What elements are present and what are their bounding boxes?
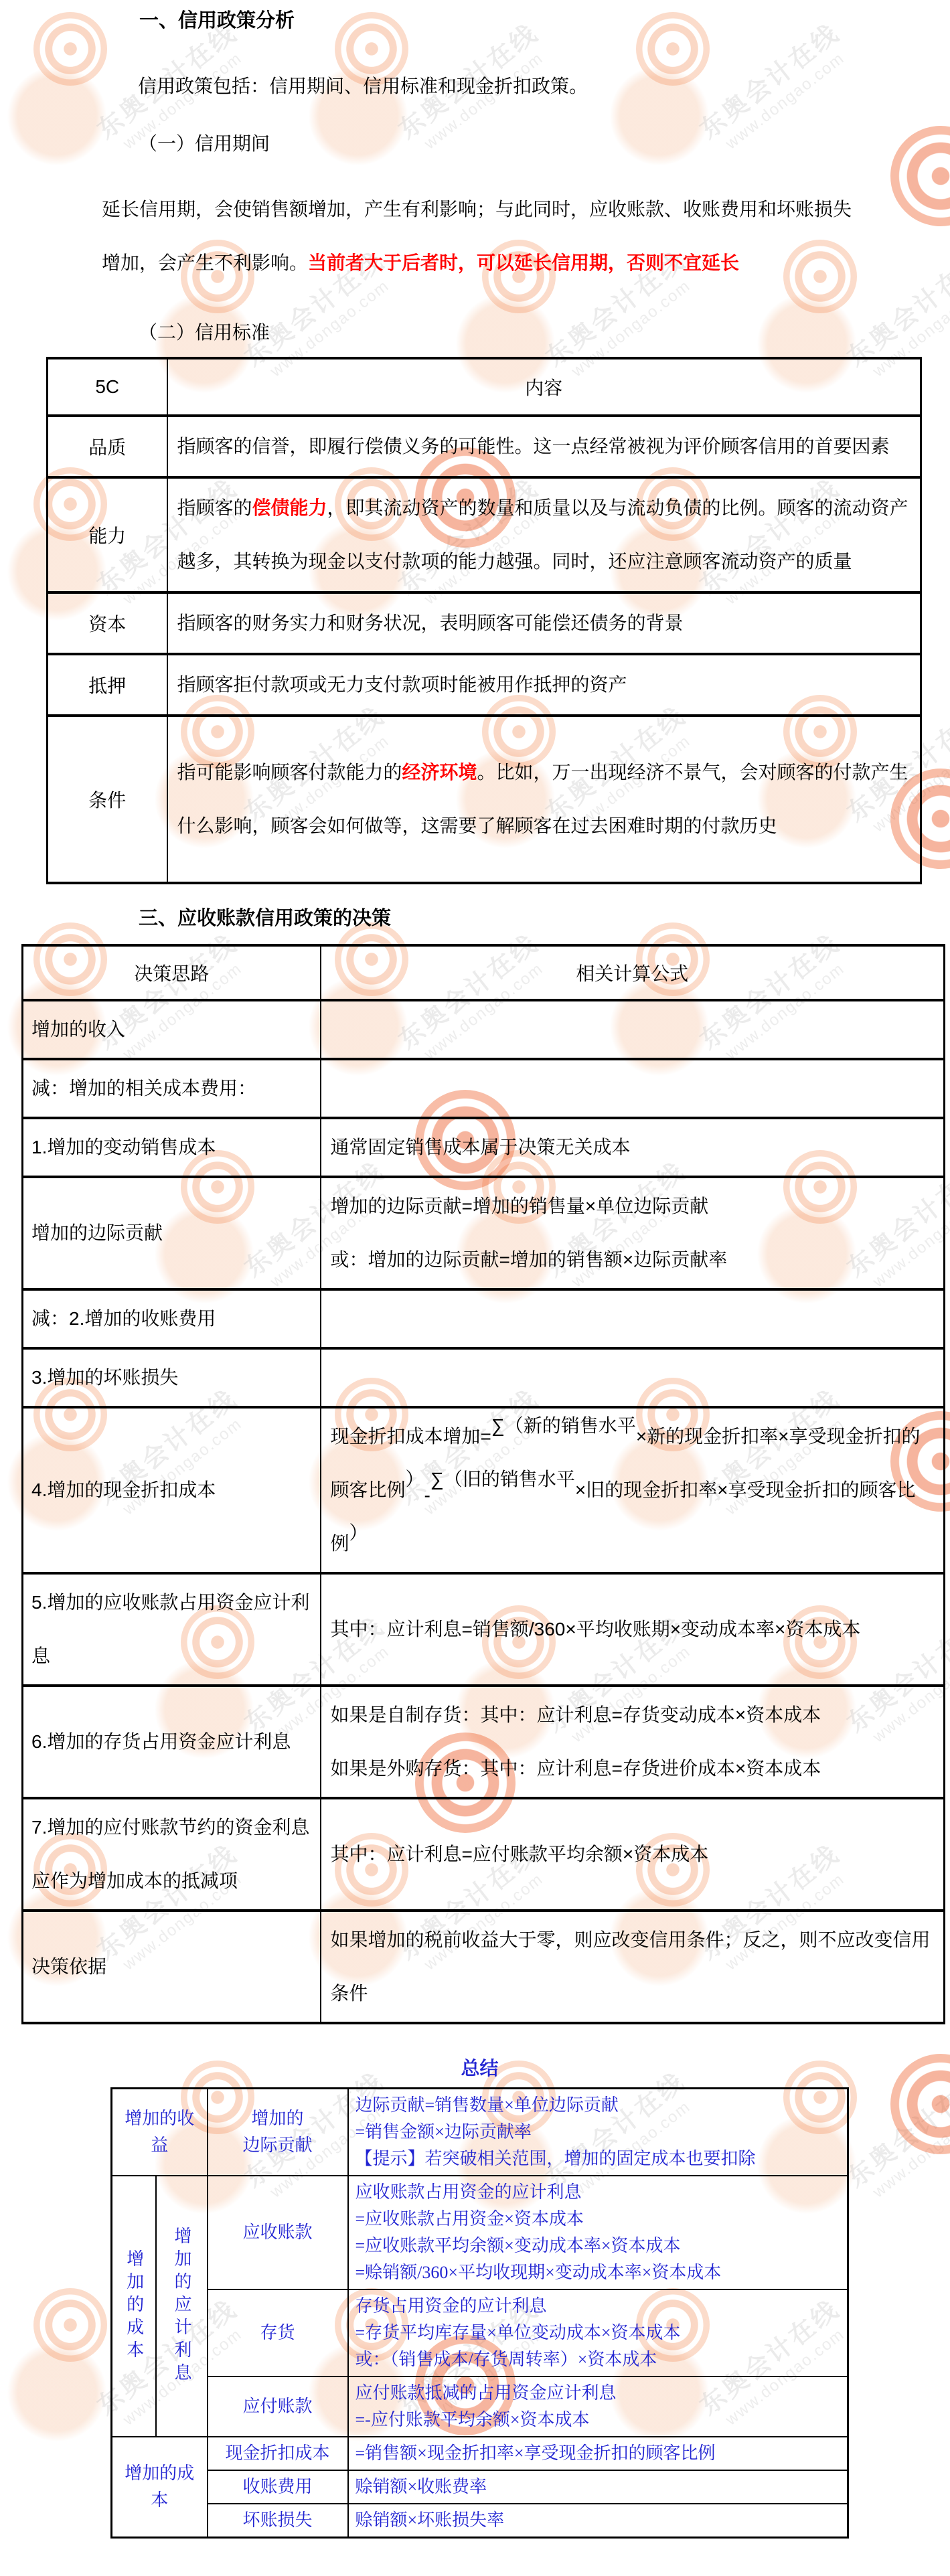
formula-cell-bad-debt-loss: 赊销额×坏账损失率 bbox=[348, 2504, 848, 2538]
text-line: =应收账款平均余额×变动成本率×资本成本 bbox=[355, 2233, 844, 2259]
text-fragment: ∑（新的销售水平 bbox=[491, 1415, 636, 1436]
criterion-content-cell: 指顾客拒付款项或无力支付款项时能被用作抵押的资产 bbox=[167, 654, 921, 716]
table-header-row: 5C 内容 bbox=[48, 358, 921, 416]
summary-row-accounts-receivable: 增加的成本 增加的应计利息 应收账款 应收账款占用资金的应计利息=应收账款占用资… bbox=[112, 2176, 848, 2289]
item-cell-bad-debt-loss: 坏账损失 bbox=[208, 2504, 348, 2538]
decision-item-cell: 增加的边际贡献 bbox=[23, 1177, 321, 1289]
table-row: 减：增加的相关成本费用： bbox=[23, 1059, 945, 1118]
formula-line: 增加的边际贡献=增加的销售量×单位边际贡献 bbox=[331, 1180, 935, 1233]
text-line: 存货 bbox=[212, 2320, 343, 2346]
item-cell-inventory: 存货 bbox=[208, 2289, 348, 2377]
formula-cell-marginal-contribution: 边际贡献=销售数量×单位边际贡献=销售金额×边际贡献率【提示】若突破相关范围，增… bbox=[348, 2089, 848, 2176]
decision-item-cell: 减：增加的相关成本费用： bbox=[23, 1059, 321, 1118]
decision-item-cell: 4.增加的现金折扣成本 bbox=[23, 1407, 321, 1573]
credit-standard-5c-table: 5C 内容 品质指顾客的信誉，即履行偿债义务的可能性。这一点经常被视为评价顾客信… bbox=[46, 357, 922, 884]
text-fragment: 其中：应计利息=应付账款平均余额×资本成本 bbox=[331, 1844, 709, 1864]
table-row: 品质指顾客的信誉，即履行偿债义务的可能性。这一点经常被视为评价顾客信用的首要因素 bbox=[48, 416, 921, 477]
criterion-label-cell: 条件 bbox=[48, 716, 167, 883]
text-fragment: 指可能影响顾客付款能力的 bbox=[177, 762, 402, 783]
text-line: 存货占用资金的应计利息 bbox=[355, 2293, 844, 2320]
table-row: 增加的收入 bbox=[23, 1000, 945, 1059]
group-cell-accrued-interest: 增加的应计利息 bbox=[156, 2176, 208, 2437]
formula-line: 如果增加的税前收益大于零，则应改变信用条件；反之，则不应改变信用条件 bbox=[331, 1913, 935, 2020]
table-row: 决策依据如果增加的税前收益大于零，则应改变信用条件；反之，则不应改变信用条件 bbox=[23, 1911, 945, 2023]
text-fragment: 其中：应计利息=销售额/360×平均收账期×变动成本率×资本成本 bbox=[331, 1619, 861, 1639]
text-fragment: 指顾客拒付款项或无力支付款项时能被用作抵押的资产 bbox=[177, 674, 627, 695]
criterion-content-cell: 指顾客的偿债能力，即其流动资产的数量和质量以及与流动负债的比例。顾客的流动资产越… bbox=[167, 477, 921, 592]
text-line: 应收账款 bbox=[212, 2219, 343, 2246]
text-fragment: ∑（旧的销售水平 bbox=[430, 1469, 575, 1490]
table-row: 资本指顾客的财务实力和财务状况，表明顾客可能偿还债务的背景 bbox=[48, 592, 921, 654]
formula-line: 如果是自制存货：其中：应计利息=存货变动成本×资本成本 bbox=[331, 1688, 935, 1742]
item-cell-marginal-contribution: 增加的边际贡献 bbox=[208, 2089, 348, 2176]
subheading-credit-standard: （二）信用标准 bbox=[139, 318, 950, 345]
formula-cell: 增加的边际贡献=增加的销售量×单位边际贡献或：增加的边际贡献=增加的销售额×边际… bbox=[321, 1177, 945, 1289]
formula-cell: 如果是自制存货：其中：应计利息=存货变动成本×资本成本如果是外购存货：其中：应计… bbox=[321, 1686, 945, 1798]
table-row: 6.增加的存货占用资金应计利息如果是自制存货：其中：应计利息=存货变动成本×资本… bbox=[23, 1686, 945, 1798]
formula-cell-inventory: 存货占用资金的应计利息=存货平均库存量×单位变动成本×资本成本或：（销售成本/存… bbox=[348, 2289, 848, 2377]
text-fragment: 或：增加的边际贡献=增加的销售额×边际贡献率 bbox=[331, 1249, 728, 1270]
text-line: =销售额×现金折扣率×享受现金折扣的顾客比例 bbox=[355, 2440, 844, 2467]
decision-item-cell: 减：2.增加的收账费用 bbox=[23, 1289, 321, 1348]
criterion-label-cell: 抵押 bbox=[48, 654, 167, 716]
decision-item-cell: 决策依据 bbox=[23, 1911, 321, 2023]
column-header-decision-idea: 决策思路 bbox=[23, 945, 321, 1000]
vertical-label-increased-cost: 增加的成本 bbox=[125, 2249, 143, 2363]
text-fragment: 指顾客的财务实力和财务状况，表明顾客可能偿还债务的背景 bbox=[177, 613, 684, 633]
formula-cell bbox=[321, 1289, 945, 1348]
text-line: 应付账款 bbox=[212, 2393, 343, 2420]
text-fragment: 如果是外购存货：其中：应计利息=存货进价成本×资本成本 bbox=[331, 1758, 821, 1779]
decision-item-cell: 5.增加的应收账款占用资金应计利息 bbox=[23, 1573, 321, 1686]
summary-row-cash-discount-cost: 增加的成本 现金折扣成本 =销售额×现金折扣率×享受现金折扣的顾客比例 bbox=[112, 2437, 848, 2470]
text-line: 边际贡献=销售数量×单位边际贡献 bbox=[355, 2092, 844, 2119]
paragraph-line-2-red-note: 当前者大于后者时，可以延长信用期，否则不宜延长 bbox=[308, 252, 739, 273]
section-heading-receivables-decision: 三、应收账款信用政策的决策 bbox=[139, 903, 950, 931]
text-line: =-应付账款平均余额×资本成本 bbox=[355, 2407, 844, 2433]
item-cell-accounts-payable: 应付账款 bbox=[208, 2377, 348, 2437]
text-line: =销售金额×边际贡献率 bbox=[355, 2119, 844, 2146]
decision-table-body: 决策思路 相关计算公式 增加的收入减：增加的相关成本费用：1.增加的变动销售成本… bbox=[23, 945, 945, 2023]
table-row: 条件指可能影响顾客付款能力的经济环境。比如，万一出现经济不景气，会对顾客的付款产… bbox=[48, 716, 921, 883]
formula-cell bbox=[321, 1000, 945, 1059]
text-fragment: 指顾客的信誉，即履行偿债义务的可能性。这一点经常被视为评价顾客信用的首要因素 bbox=[177, 436, 890, 457]
table-row: 4.增加的现金折扣成本现金折扣成本增加=∑（新的销售水平×新的现金折扣率×享受现… bbox=[23, 1407, 945, 1573]
formula-line: 现金折扣成本增加=∑（新的销售水平×新的现金折扣率×享受现金折扣的顾客比例）-∑… bbox=[331, 1410, 935, 1571]
paragraph-credit-period-effect: 延长信用期，会使销售额增加，产生有利影响；与此同时，应收账款、收账费用和坏账损失… bbox=[102, 183, 910, 290]
formula-cell-accounts-payable: 应付账款抵减的占用资金应计利息=-应付账款平均余额×资本成本 bbox=[348, 2377, 848, 2437]
text-line: =应收账款占用资金×资本成本 bbox=[355, 2206, 844, 2233]
vertical-label-accrued-interest: 增加的应计利息 bbox=[173, 2227, 190, 2386]
table-header-row: 决策思路 相关计算公式 bbox=[23, 945, 945, 1000]
table-row: 增加的边际贡献增加的边际贡献=增加的销售量×单位边际贡献或：增加的边际贡献=增加… bbox=[23, 1177, 945, 1289]
item-cell-accounts-receivable: 应收账款 bbox=[208, 2176, 348, 2289]
text-fragment: 如果增加的税前收益大于零，则应改变信用条件；反之，则不应改变信用条件 bbox=[331, 1929, 931, 2004]
formula-cell-collection-expense: 赊销额×收账费率 bbox=[348, 2470, 848, 2504]
credit-standard-table-body: 5C 内容 品质指顾客的信誉，即履行偿债义务的可能性。这一点经常被视为评价顾客信… bbox=[48, 358, 921, 883]
text-line: 增加的 bbox=[212, 2105, 343, 2132]
summary-row-marginal-contribution: 增加的收益 增加的边际贡献 边际贡献=销售数量×单位边际贡献=销售金额×边际贡献… bbox=[112, 2089, 848, 2176]
text-line: 赊销额×收账费率 bbox=[355, 2474, 844, 2500]
text-line: 或：（销售成本/存货周转率）×资本成本 bbox=[355, 2346, 844, 2373]
paragraph-line-2: 增加，会产生不利影响。当前者大于后者时，可以延长信用期，否则不宜延长 bbox=[102, 236, 910, 290]
table-row: 1.增加的变动销售成本通常固定销售成本属于决策无关成本 bbox=[23, 1118, 945, 1177]
table-row: 5.增加的应收账款占用资金应计利息其中：应计利息=销售额/360×平均收账期×变… bbox=[23, 1573, 945, 1686]
text-line: 坏账损失 bbox=[212, 2507, 343, 2534]
decision-item-cell: 3.增加的坏账损失 bbox=[23, 1348, 321, 1407]
table-row: 3.增加的坏账损失 bbox=[23, 1348, 945, 1407]
decision-item-cell: 1.增加的变动销售成本 bbox=[23, 1118, 321, 1177]
group-cell-increased-gain: 增加的收益 bbox=[112, 2089, 208, 2176]
highlighted-red-text: 经济环境 bbox=[402, 762, 477, 783]
text-line: =赊销额/360×平均收现期×变动成本率×资本成本 bbox=[355, 2259, 844, 2286]
criterion-content-cell: 指顾客的财务实力和财务状况，表明顾客可能偿还债务的背景 bbox=[167, 592, 921, 654]
formula-line: 或：增加的边际贡献=增加的销售额×边际贡献率 bbox=[331, 1233, 935, 1287]
text-line: 应付账款抵减的占用资金应计利息 bbox=[355, 2380, 844, 2407]
text-fragment: 如果是自制存货：其中：应计利息=存货变动成本×资本成本 bbox=[331, 1704, 821, 1725]
credit-policy-decision-table: 决策思路 相关计算公式 增加的收入减：增加的相关成本费用：1.增加的变动销售成本… bbox=[21, 944, 945, 2024]
formula-line: 其中：应计利息=销售额/360×平均收账期×变动成本率×资本成本 bbox=[331, 1603, 935, 1656]
formula-cell: 通常固定销售成本属于决策无关成本 bbox=[321, 1118, 945, 1177]
criterion-content-cell: 指可能影响顾客付款能力的经济环境。比如，万一出现经济不景气，会对顾客的付款产生什… bbox=[167, 716, 921, 883]
summary-row-collection-expense: 收账费用 赊销额×收账费率 bbox=[112, 2470, 848, 2504]
subheading-credit-period: （一）信用期间 bbox=[139, 129, 950, 156]
table-row: 抵押指顾客拒付款项或无力支付款项时能被用作抵押的资产 bbox=[48, 654, 921, 716]
formula-cell: 如果增加的税前收益大于零，则应改变信用条件；反之，则不应改变信用条件 bbox=[321, 1911, 945, 2023]
paragraph-line-2-black: 增加，会产生不利影响。 bbox=[102, 252, 308, 273]
text-fragment: ） bbox=[406, 1469, 424, 1490]
formula-cell: 其中：应计利息=销售额/360×平均收账期×变动成本率×资本成本 bbox=[321, 1573, 945, 1686]
decision-item-cell: 7.增加的应付账款节约的资金利息应作为增加成本的抵减项 bbox=[23, 1798, 321, 1911]
summary-row-inventory: 存货 存货占用资金的应计利息=存货平均库存量×单位变动成本×资本成本或：（销售成… bbox=[112, 2289, 848, 2377]
summary-row-accounts-payable: 应付账款 应付账款抵减的占用资金应计利息=-应付账款平均余额×资本成本 bbox=[112, 2377, 848, 2437]
paragraph-credit-policy-includes: 信用政策包括：信用期间、信用标准和现金折扣政策。 bbox=[138, 72, 950, 98]
column-header-formula: 相关计算公式 bbox=[321, 945, 945, 1000]
section-heading-credit-policy-analysis: 一、信用政策分析 bbox=[139, 5, 950, 33]
group-cell-increased-cost-bottom: 增加的成本 bbox=[112, 2437, 208, 2538]
summary-table: 增加的收益 增加的边际贡献 边际贡献=销售数量×单位边际贡献=销售金额×边际贡献… bbox=[110, 2087, 849, 2539]
decision-item-cell: 6.增加的存货占用资金应计利息 bbox=[23, 1686, 321, 1798]
summary-row-bad-debt-loss: 坏账损失 赊销额×坏账损失率 bbox=[112, 2504, 848, 2538]
text-line: 应收账款占用资金的应计利息 bbox=[355, 2179, 844, 2206]
formula-cell bbox=[321, 1059, 945, 1118]
text-line: 【提示】若突破相关范围，增加的固定成本也要扣除 bbox=[355, 2146, 844, 2172]
formula-cell: 其中：应计利息=应付账款平均余额×资本成本 bbox=[321, 1798, 945, 1911]
text-fragment: 通常固定销售成本属于决策无关成本 bbox=[331, 1137, 631, 1157]
text-fragment: 现金折扣成本增加= bbox=[331, 1426, 491, 1447]
formula-cell: 现金折扣成本增加=∑（新的销售水平×新的现金折扣率×享受现金折扣的顾客比例）-∑… bbox=[321, 1407, 945, 1573]
text-line: 现金折扣成本 bbox=[212, 2440, 343, 2467]
formula-cell-cash-discount-cost: =销售额×现金折扣率×享受现金折扣的顾客比例 bbox=[348, 2437, 848, 2470]
text-fragment: 指顾客的 bbox=[177, 497, 252, 518]
text-line: 赊销额×坏账损失率 bbox=[355, 2507, 844, 2534]
formula-line: 如果是外购存货：其中：应计利息=存货进价成本×资本成本 bbox=[331, 1742, 935, 1795]
item-cell-collection-expense: 收账费用 bbox=[208, 2470, 348, 2504]
paragraph-line-1: 延长信用期，会使销售额增加，产生有利影响；与此同时，应收账款、收账费用和坏账损失 bbox=[102, 183, 910, 236]
text-fragment: - bbox=[424, 1485, 430, 1506]
text-fragment: ×旧的现金折扣率×享受现金折扣的顾客比例 bbox=[331, 1479, 916, 1554]
text-line: 收账费用 bbox=[212, 2474, 343, 2500]
text-fragment: ） bbox=[349, 1522, 368, 1543]
text-line: =存货平均库存量×单位变动成本×资本成本 bbox=[355, 2320, 844, 2346]
criterion-content-cell: 指顾客的信誉，即履行偿债义务的可能性。这一点经常被视为评价顾客信用的首要因素 bbox=[167, 416, 921, 477]
criterion-label-cell: 能力 bbox=[48, 477, 167, 592]
decision-item-cell: 增加的收入 bbox=[23, 1000, 321, 1059]
column-header-content: 内容 bbox=[167, 358, 921, 416]
criterion-label-cell: 资本 bbox=[48, 592, 167, 654]
text-fragment: 增加的边际贡献=增加的销售量×单位边际贡献 bbox=[331, 1196, 709, 1216]
criterion-label-cell: 品质 bbox=[48, 416, 167, 477]
summary-title: 总结 bbox=[110, 2054, 849, 2081]
table-row: 减：2.增加的收账费用 bbox=[23, 1289, 945, 1348]
highlighted-red-text: 偿债能力 bbox=[252, 497, 327, 518]
formula-cell-accounts-receivable: 应收账款占用资金的应计利息=应收账款占用资金×资本成本=应收账款平均余额×变动成… bbox=[348, 2176, 848, 2289]
column-header-5c: 5C bbox=[48, 358, 167, 416]
group-cell-increased-cost: 增加的成本 bbox=[112, 2176, 156, 2437]
formula-line: 通常固定销售成本属于决策无关成本 bbox=[331, 1121, 935, 1174]
item-cell-cash-discount-cost: 现金折扣成本 bbox=[208, 2437, 348, 2470]
formula-line: 其中：应计利息=应付账款平均余额×资本成本 bbox=[331, 1828, 935, 1881]
table-row: 7.增加的应付账款节约的资金利息应作为增加成本的抵减项其中：应计利息=应付账款平… bbox=[23, 1798, 945, 1911]
table-row: 能力指顾客的偿债能力，即其流动资产的数量和质量以及与流动负债的比例。顾客的流动资… bbox=[48, 477, 921, 592]
text-line: 边际贡献 bbox=[212, 2132, 343, 2159]
formula-cell bbox=[321, 1348, 945, 1407]
